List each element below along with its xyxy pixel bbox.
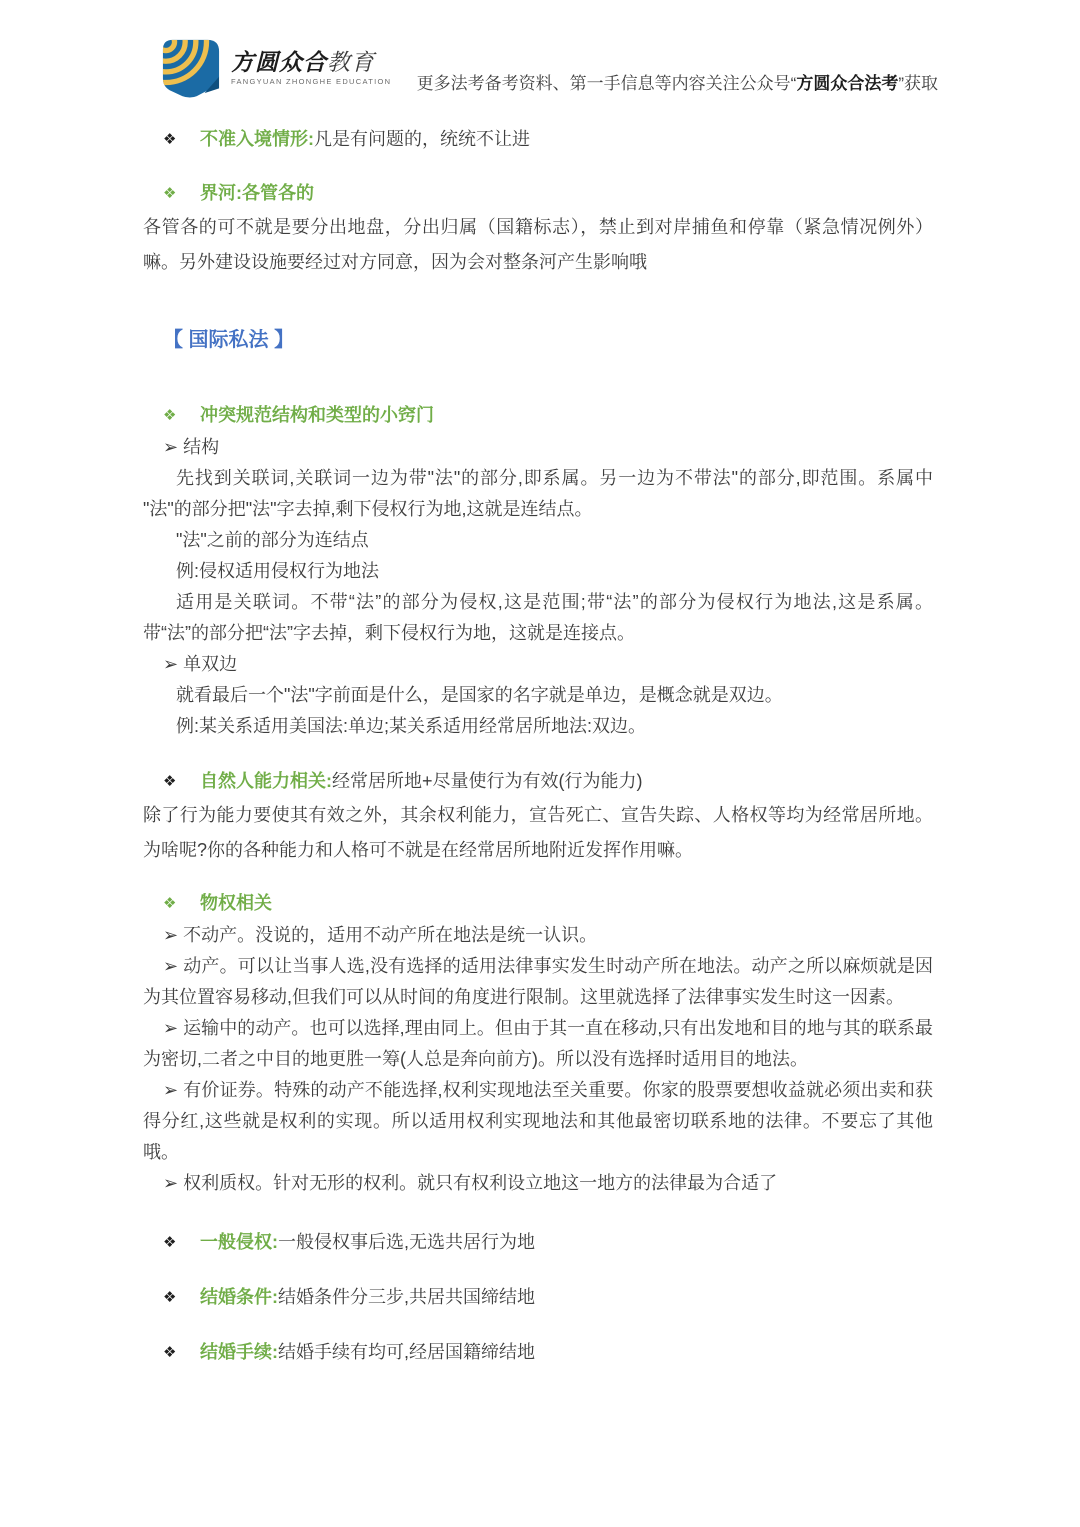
bullet-property-rights: ❖物权相关 [143, 886, 933, 920]
tagline-suffix: ”获取 [898, 74, 938, 93]
arrow-item-securities: ➢ 有价证券。特殊的动产不能选择,权利实现地法至关重要。你家的股票要想收益就必须… [143, 1075, 933, 1168]
arrow-item-text: 不动产。没说的，适用不动产所在地法是统一认识。 [183, 925, 597, 945]
logo-brand-cn-main: 方圆众合 [231, 49, 327, 75]
page-header: 方圆众合教育 FANGYUAN ZHONGHE EDUCATION 更多法考备考… [0, 0, 1080, 98]
arrow-item-text: 运输中的动产。也可以选择,理由同上。但由于其一直在移动,只有出发地和目的地与其的… [143, 1018, 933, 1069]
arrow-bullet-icon: ➢ [163, 925, 178, 945]
document-page: 方圆众合教育 FANGYUAN ZHONGHE EDUCATION 更多法考备考… [0, 0, 1080, 1527]
diamond-bullet-icon: ❖ [163, 765, 176, 799]
brand-logo: 方圆众合教育 FANGYUAN ZHONGHE EDUCATION [160, 38, 391, 98]
chapter-heading: 【 国际私法 】 [163, 326, 933, 354]
bullet-title: 不准入境情形: [200, 129, 314, 149]
document-body: ❖不准入境情形:凡是有问题的，统统不让进 ❖界河:各管各的 各管各的可不就是要分… [0, 98, 1080, 1369]
paragraph-natural-person: 除了行为能力要使其有效之外，其余权利能力，宣告死亡、宣告失踪、人格权等均为经常居… [143, 798, 933, 868]
bullet-text: 结婚手续有均可,经居国籍缔结地 [278, 1342, 535, 1362]
bullet-title: 结婚手续: [200, 1342, 278, 1362]
arrow-item-text: 权利质权。针对无形的权利。就只有权利设立地这一地方的法律最为合适了 [183, 1173, 777, 1193]
bullet-text: 凡是有问题的，统统不让进 [314, 129, 530, 149]
arrow-item-text: 有价证券。特殊的动产不能选择,权利实现地法至关重要。你家的股票要想收益就必须出卖… [143, 1080, 933, 1162]
arrow-bullet-icon: ➢ [163, 654, 178, 674]
bullet-title: 一般侵权: [200, 1232, 278, 1252]
paragraph-structure-2: "法"之前的部分为连结点 [143, 525, 933, 556]
arrow-item-label: 单双边 [183, 654, 237, 674]
arrow-item-label: 结构 [183, 437, 219, 457]
arrow-item-immovable: ➢ 不动产。没说的，适用不动产所在地法是统一认识。 [143, 920, 933, 951]
diamond-bullet-icon: ❖ [163, 123, 176, 157]
arrow-bullet-icon: ➢ [163, 437, 178, 457]
bullet-conflict-rules: ❖冲突规范结构和类型的小窍门 [143, 398, 933, 432]
logo-text: 方圆众合教育 FANGYUAN ZHONGHE EDUCATION [231, 50, 391, 86]
bullet-boundary-river: ❖界河:各管各的 [143, 176, 933, 210]
arrow-item-rights-pledge: ➢ 权利质权。针对无形的权利。就只有权利设立地这一地方的法律最为合适了 [143, 1168, 933, 1199]
diamond-bullet-icon: ❖ [163, 399, 176, 433]
bullet-title: 界河:各管各的 [200, 183, 314, 203]
diamond-bullet-icon: ❖ [163, 1281, 176, 1315]
bullet-text: 结婚条件分三步,共居共国缔结地 [278, 1287, 535, 1307]
paragraph-boundary-river: 各管各的可不就是要分出地盘，分出归属（国籍标志），禁止到对岸捕鱼和停靠（紧急情况… [143, 210, 933, 280]
bullet-title: 物权相关 [200, 893, 272, 913]
logo-brand-cn-suffix: 教育 [327, 49, 375, 75]
tagline-brand: 方圆众合法考 [796, 74, 898, 93]
header-tagline: 更多法考备考资料、第一手信息等内容关注公众号“方圆众合法考”获取 [417, 69, 938, 98]
diamond-bullet-icon: ❖ [163, 887, 176, 921]
diamond-bullet-icon: ❖ [163, 1226, 176, 1260]
diamond-bullet-icon: ❖ [163, 1336, 176, 1370]
paragraph-structure-1: 先找到关联词,关联词一边为带"法"的部分,即系属。另一边为不带法"的部分,即范围… [143, 463, 933, 525]
paragraph-structure-3: 例:侵权适用侵权行为地法 [143, 556, 933, 587]
arrow-bullet-icon: ➢ [163, 1173, 178, 1193]
bullet-title: 冲突规范结构和类型的小窍门 [200, 405, 434, 425]
bullet-marriage-conditions: ❖结婚条件:结婚条件分三步,共居共国缔结地 [143, 1280, 933, 1314]
bullet-marriage-formalities: ❖结婚手续:结婚手续有均可,经居国籍缔结地 [143, 1335, 933, 1369]
bullet-general-tort: ❖一般侵权:一般侵权事后选,无选共居行为地 [143, 1225, 933, 1259]
bullet-title: 结婚条件: [200, 1287, 278, 1307]
bullet-text: 经常居所地+尽量使行为有效(行为能力) [332, 771, 643, 791]
paragraph-sides-2: 例:某关系适用美国法:单边;某关系适用经常居所地法:双边。 [143, 711, 933, 742]
paragraph-sides-1: 就看最后一个"法"字前面是什么，是国家的名字就是单边，是概念就是双边。 [143, 680, 933, 711]
bullet-title: 自然人能力相关: [200, 771, 332, 791]
arrow-item-structure: ➢ 结构 [143, 432, 933, 463]
bullet-entry-ban: ❖不准入境情形:凡是有问题的，统统不让进 [143, 122, 933, 156]
arrow-item-text: 动产。可以让当事人选,没有选择的适用法律事实发生时动产所在地法。动产之所以麻烦就… [143, 956, 933, 1007]
logo-mark-icon [160, 38, 222, 98]
tagline-prefix: 更多法考备考资料、第一手信息等内容关注公众号“ [417, 74, 797, 93]
arrow-bullet-icon: ➢ [163, 956, 178, 976]
arrow-item-goods-in-transit: ➢ 运输中的动产。也可以选择,理由同上。但由于其一直在移动,只有出发地和目的地与… [143, 1013, 933, 1075]
diamond-bullet-icon: ❖ [163, 177, 176, 211]
arrow-item-movable: ➢ 动产。可以让当事人选,没有选择的适用法律事实发生时动产所在地法。动产之所以麻… [143, 951, 933, 1013]
arrow-item-unilateral-bilateral: ➢ 单双边 [143, 649, 933, 680]
arrow-bullet-icon: ➢ [163, 1018, 178, 1038]
bullet-natural-person-capacity: ❖自然人能力相关:经常居所地+尽量使行为有效(行为能力) [143, 764, 933, 798]
logo-brand-cn: 方圆众合教育 [231, 50, 391, 74]
paragraph-structure-4: 适用是关联词。不带“法”的部分为侵权,这是范围;带“法”的部分为侵权行为地法,这… [143, 587, 933, 649]
bullet-text: 一般侵权事后选,无选共居行为地 [278, 1232, 535, 1252]
logo-brand-en: FANGYUAN ZHONGHE EDUCATION [231, 77, 391, 86]
arrow-bullet-icon: ➢ [163, 1080, 178, 1100]
